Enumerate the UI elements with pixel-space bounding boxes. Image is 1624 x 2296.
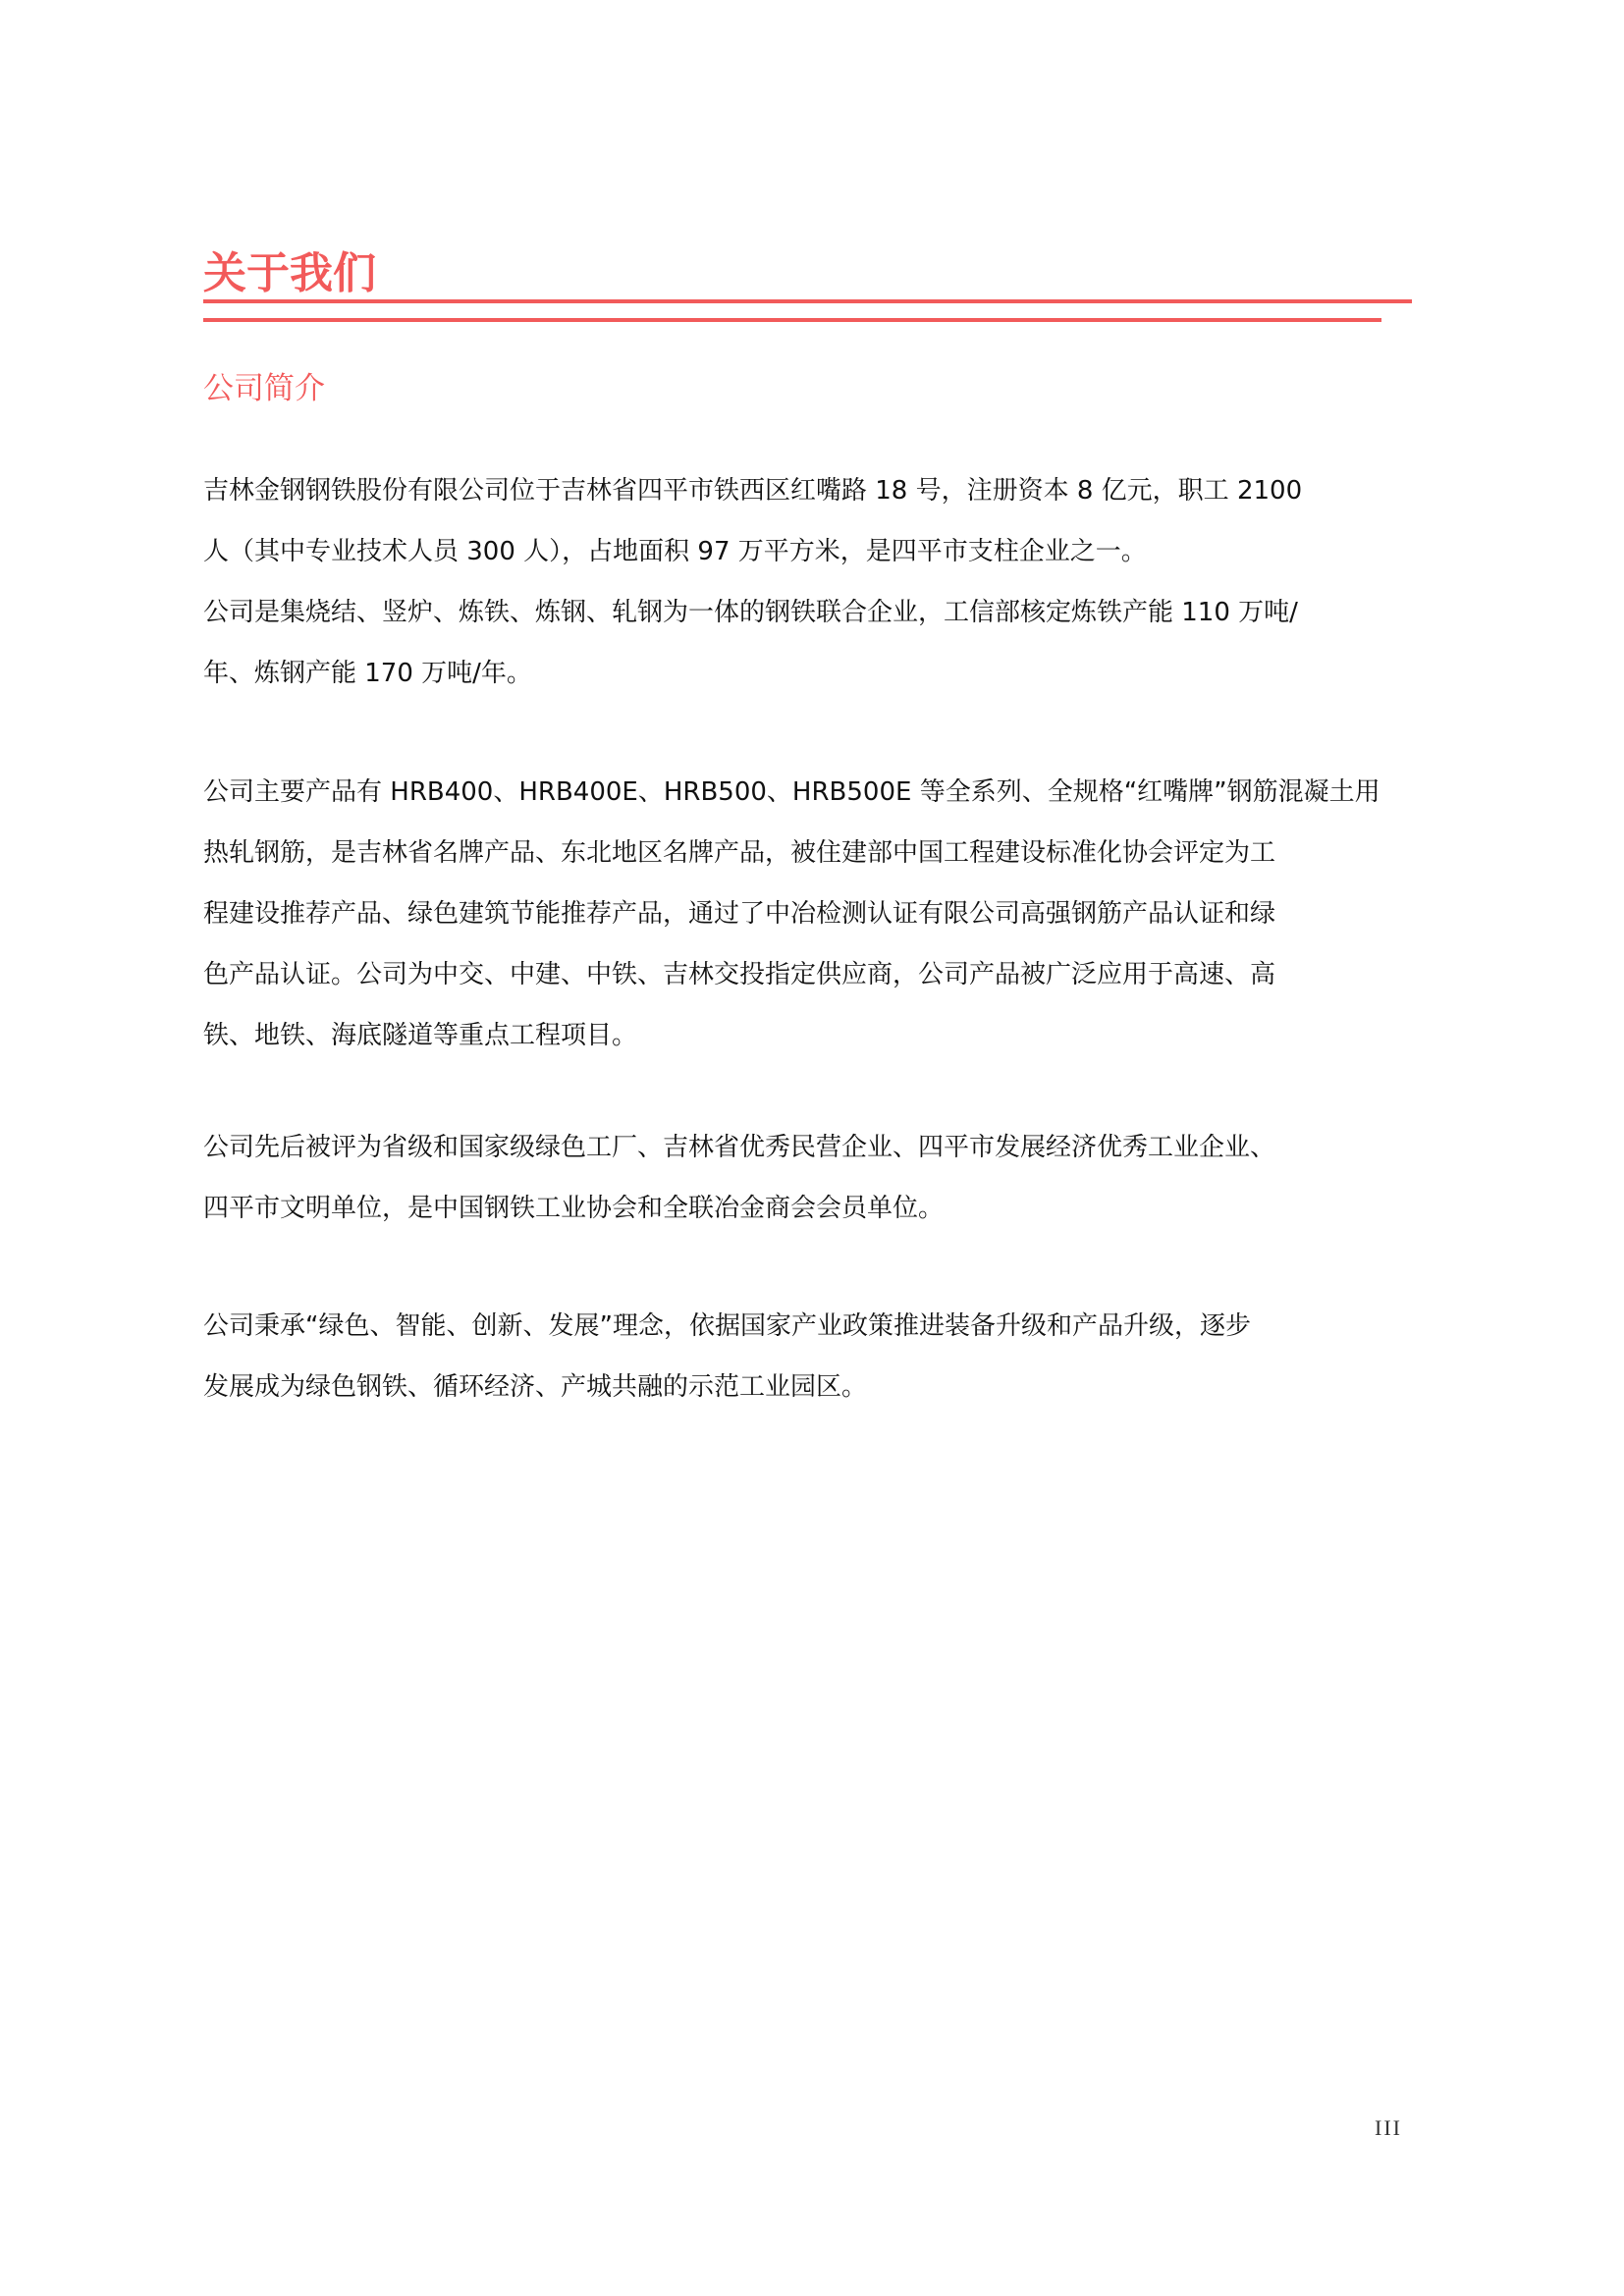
paragraph-products: 公司主要产品有 HRB400、HRB400E、HRB500、HRB500E 等全… [203,762,1421,1066]
paragraph-honors: 公司先后被评为省级和国家级绿色工厂、吉林省优秀民营企业、四平市发展经济优秀工业企… [203,1117,1421,1239]
paragraph: 公司主要产品有 HRB400、HRB400E、HRB500、HRB500E 等全… [203,762,1421,1066]
title-divider-bottom [203,318,1381,322]
paragraph-company-overview: 吉林金钢钢铁股份有限公司位于吉林省四平市铁西区红嘴路 18 号，注册资本 8 亿… [203,460,1421,704]
paragraph: 吉林金钢钢铁股份有限公司位于吉林省四平市铁西区红嘴路 18 号，注册资本 8 亿… [203,460,1421,704]
paragraph: 公司先后被评为省级和国家级绿色工厂、吉林省优秀民营企业、四平市发展经济优秀工业企… [203,1117,1421,1239]
text-line: 色产品认证。公司为中交、中建、中铁、吉林交投指定供应商，公司产品被广泛应用于高速… [203,944,1421,1005]
text-line: 热轧钢筋，是吉林省名牌产品、东北地区名牌产品，被住建部中国工程建设标准化协会评定… [203,823,1421,883]
section-title: 公司简介 [203,369,325,408]
paragraph-philosophy: 公司秉承“绿色、智能、创新、发展”理念，依据国家产业政策推进装备升级和产品升级，… [203,1296,1421,1417]
text-line: 人（其中专业技术人员 300 人），占地面积 97 万平方米，是四平市支柱企业之… [203,521,1421,582]
text-line: 年、炼钢产能 170 万吨/年。 [203,643,1421,704]
text-line: 公司秉承“绿色、智能、创新、发展”理念，依据国家产业政策推进装备升级和产品升级，… [203,1296,1421,1357]
page-number: III [1375,2114,1402,2142]
paragraph: 公司秉承“绿色、智能、创新、发展”理念，依据国家产业政策推进装备升级和产品升级，… [203,1296,1421,1417]
page-title: 关于我们 [203,247,376,300]
text-line: 吉林金钢钢铁股份有限公司位于吉林省四平市铁西区红嘴路 18 号，注册资本 8 亿… [203,460,1421,521]
title-divider-top [203,299,1412,303]
text-line: 四平市文明单位，是中国钢铁工业协会和全联冶金商会会员单位。 [203,1178,1421,1239]
text-line: 发展成为绿色钢铁、循环经济、产城共融的示范工业园区。 [203,1357,1421,1417]
text-line: 公司先后被评为省级和国家级绿色工厂、吉林省优秀民营企业、四平市发展经济优秀工业企… [203,1117,1421,1178]
text-line: 公司是集烧结、竖炉、炼铁、炼钢、轧钢为一体的钢铁联合企业，工信部核定炼铁产能 1… [203,582,1421,643]
text-line: 程建设推荐产品、绿色建筑节能推荐产品，通过了中冶检测认证有限公司高强钢筋产品认证… [203,883,1421,944]
text-line: 公司主要产品有 HRB400、HRB400E、HRB500、HRB500E 等全… [203,762,1421,823]
text-line: 铁、地铁、海底隧道等重点工程项目。 [203,1005,1421,1066]
